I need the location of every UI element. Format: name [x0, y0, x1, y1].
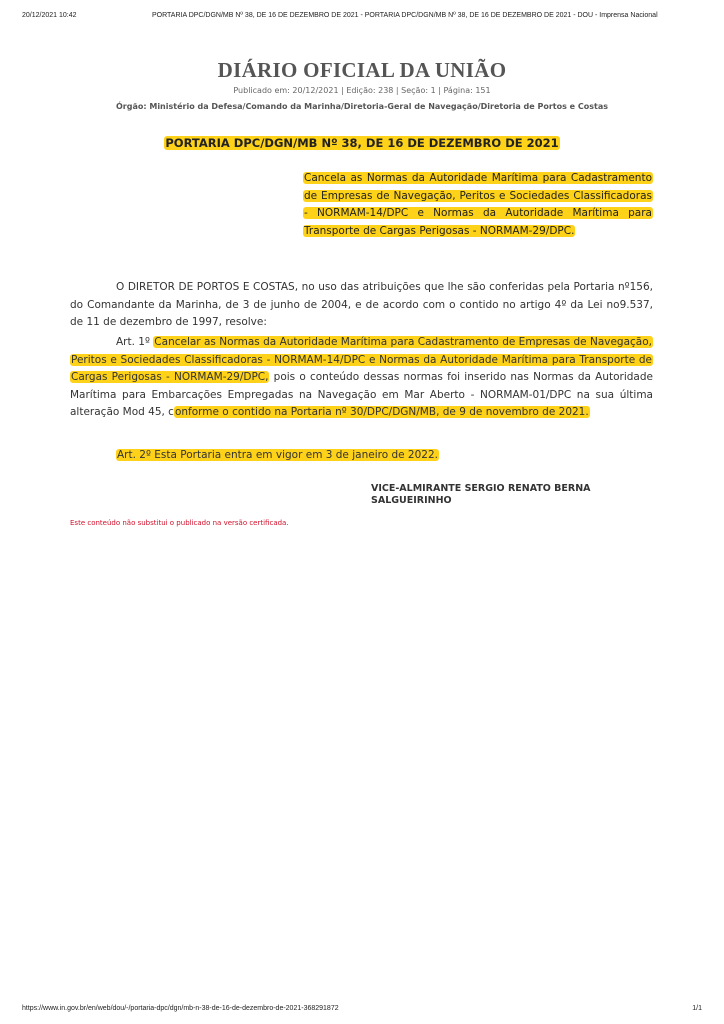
disclaimer: Este conteúdo não substitui o publicado …: [70, 519, 289, 527]
document-title-text: PORTARIA DPC/DGN/MB Nº 38, DE 16 DE DEZE…: [164, 136, 559, 150]
ementa-text: Cancela as Normas da Autoridade Marítima…: [303, 172, 653, 237]
print-page-title: PORTARIA DPC/DGN/MB Nº 38, DE 16 DE DEZE…: [152, 12, 658, 19]
article-2-text: Art. 2º Esta Portaria entra em vigor em …: [116, 449, 439, 461]
publication-info: Publicado em: 20/12/2021 | Edição: 238 |…: [0, 86, 724, 95]
document-title: PORTARIA DPC/DGN/MB Nº 38, DE 16 DE DEZE…: [0, 136, 724, 150]
page-count: 1/1: [692, 1005, 702, 1012]
ementa: Cancela as Normas da Autoridade Marítima…: [303, 170, 653, 240]
article-1-label: Art. 1º: [116, 336, 153, 348]
preamble: O DIRETOR DE PORTOS E COSTAS, no uso das…: [70, 279, 653, 332]
print-datetime: 20/12/2021 10:42: [22, 12, 77, 19]
article-2: Art. 2º Esta Portaria entra em vigor em …: [70, 447, 653, 465]
orgao-line: Órgão: Ministério da Defesa/Comando da M…: [0, 102, 724, 111]
article-1: Art. 1º Cancelar as Normas da Autoridade…: [70, 334, 653, 422]
signer-name: VICE-ALMIRANTE SERGIO RENATO BERNA SALGU…: [371, 483, 671, 507]
article-1-highlight-2: onforme o contido na Portaria nº 30/DPC/…: [174, 406, 590, 418]
masthead-title: DIÁRIO OFICIAL DA UNIÃO: [0, 58, 724, 83]
print-url: https://www.in.gov.br/en/web/dou/-/porta…: [22, 1005, 339, 1012]
